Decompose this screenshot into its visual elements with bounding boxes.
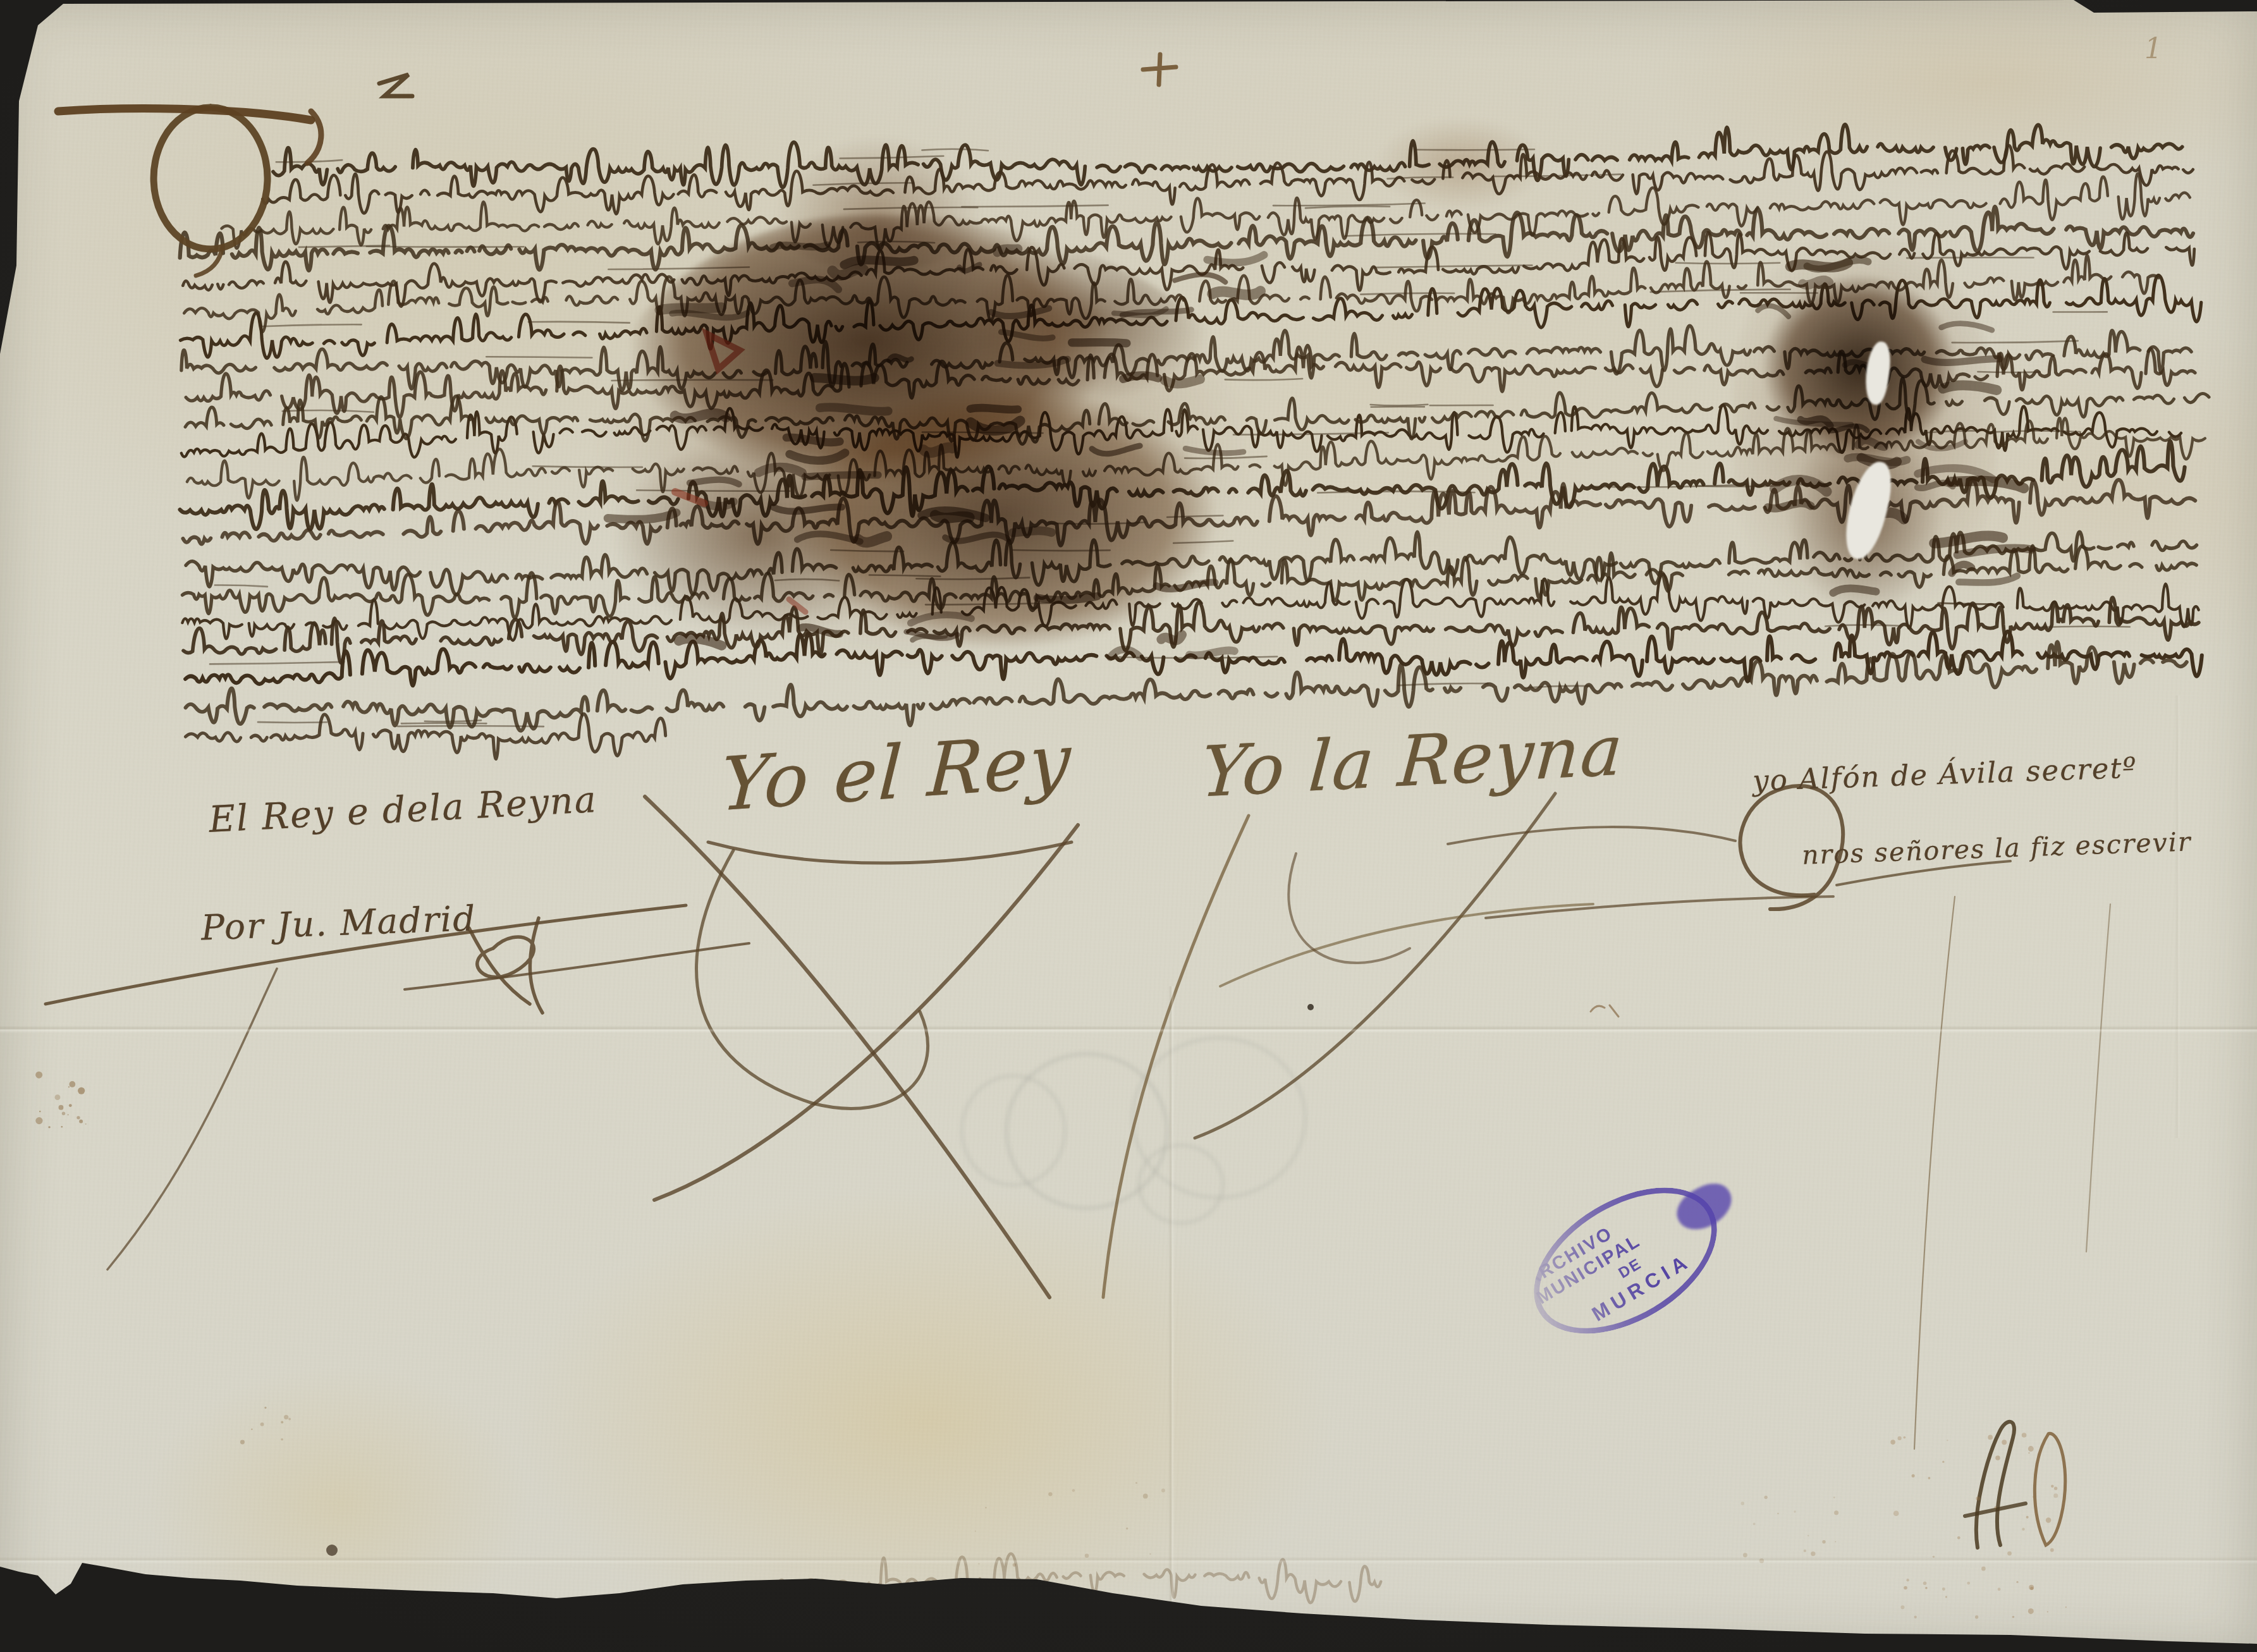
cross-stroke (1371, 407, 1424, 407)
ink-blot-stroke (1123, 376, 1158, 379)
ink-blot-stroke (1833, 589, 1876, 593)
cross-stroke (962, 205, 1108, 207)
ink-blot-stroke (1957, 548, 2031, 555)
ink-blot-stroke (1934, 535, 2003, 543)
ink-blot-stroke (1072, 342, 1127, 343)
cross-stroke (1345, 233, 1496, 236)
cross-stroke (608, 267, 749, 269)
cross-stroke (1740, 293, 1818, 294)
ink-blot-stroke (773, 507, 841, 511)
ink-blot-stroke (1942, 324, 1992, 330)
ink-blot-stroke (1161, 635, 1182, 640)
cross-stroke (262, 324, 361, 326)
cross-stroke (1676, 262, 1780, 264)
invocation-cross-icon (1143, 54, 1176, 85)
cross-stroke (612, 379, 773, 381)
cross-stroke (1185, 456, 1267, 458)
initial-letter (154, 107, 267, 249)
cross-stroke (486, 356, 592, 358)
cross-stroke (1952, 341, 2078, 343)
signature-tail (107, 969, 277, 1270)
ink-blot-stroke (786, 437, 840, 443)
ink-blot-stroke (858, 536, 887, 542)
ink-blot-stroke (1858, 440, 1885, 447)
ink-blot-stroke (690, 480, 739, 484)
ink-blot-stroke (672, 313, 747, 318)
cross-stroke (1416, 149, 1534, 150)
cross-stroke (1525, 686, 1589, 688)
cross-stroke (401, 723, 487, 724)
ink-blot-stroke (1013, 530, 1052, 532)
royal-flourish (645, 797, 1049, 1297)
document-paper: El Rey e dela Reyna Por Ju. Madrid Yo el… (0, 0, 2257, 1652)
ink-blot-stroke (1918, 441, 1966, 448)
ink-blot-stroke (935, 515, 969, 518)
cross-stroke (1374, 266, 1532, 268)
ink-blot-stroke (1037, 596, 1098, 600)
ink-blot-stroke (1802, 280, 1829, 285)
ink-blot-stroke (960, 264, 980, 271)
ink-blot-stroke (1189, 651, 1234, 656)
ink-blot-stroke (792, 279, 838, 290)
cross-stroke (926, 603, 1061, 604)
ink-blot-stroke (805, 475, 878, 477)
ink-blot-stroke (991, 309, 1049, 316)
cross-stroke (1978, 371, 2040, 372)
hairline-stroke (1914, 896, 1955, 1449)
ink-blot-stroke (1943, 385, 1997, 390)
ink-blot-stroke (790, 453, 845, 460)
cross-stroke (1173, 541, 1233, 543)
text-line (180, 275, 2201, 358)
royal-flourish (1103, 816, 1249, 1297)
cross-stroke (637, 489, 790, 492)
ink-blot-stroke (814, 377, 874, 381)
cross-stroke (533, 465, 642, 468)
rubric-flourish-bottom-right (1976, 1422, 2014, 1548)
ink-blot-stroke (608, 513, 676, 520)
ink-blot-stroke (833, 269, 864, 275)
cross-stroke (2053, 312, 2107, 312)
ink-blot-stroke (1959, 576, 2017, 583)
ink-blot-stroke (844, 260, 914, 265)
cross-stroke (775, 579, 839, 581)
rubric-flourish-bottom-right (2034, 1433, 2065, 1545)
ink-blot-stroke (970, 408, 1018, 410)
ink-blot-stroke (773, 245, 828, 248)
ink-blot-stroke (659, 307, 721, 310)
cross-stroke (1907, 257, 2033, 259)
ink-blot-stroke (1092, 446, 1140, 454)
scanned-document-page: El Rey e dela Reyna Por Ju. Madrid Yo el… (0, 0, 2257, 1652)
top-margin-mark (379, 75, 412, 96)
royal-flourish (1195, 793, 1555, 1138)
cross-stroke (1825, 625, 1900, 627)
ink-blot-stroke (998, 248, 1018, 252)
cross-stroke (1225, 379, 1302, 380)
ink-blot-stroke (675, 413, 726, 419)
cross-stroke (840, 156, 944, 159)
small-pen-mark (1591, 1005, 1618, 1017)
text-line (262, 144, 2193, 216)
text-line (185, 713, 666, 761)
ink-blot-stroke (820, 407, 888, 412)
ink-blot-stroke (1768, 503, 1811, 508)
cross-stroke (210, 662, 344, 664)
royal-flourish (1288, 854, 1410, 963)
ink-blot-stroke (1165, 379, 1200, 384)
rubric-flourish-bottom-right (1965, 1503, 2026, 1516)
cross-stroke (844, 207, 977, 209)
royal-flourish (1448, 827, 1735, 844)
cross-stroke (283, 410, 374, 412)
royal-flourish (708, 842, 1072, 863)
manuscript-body-lines (178, 122, 2211, 761)
royal-flourish (1220, 904, 1593, 986)
cross-stroke (258, 721, 327, 723)
ink-blot-stroke (759, 467, 802, 473)
cross-stroke (1371, 404, 1428, 405)
cross-stroke (529, 321, 630, 323)
red-pigment-fleck (707, 334, 740, 369)
cross-stroke (2034, 626, 2130, 627)
cross-stroke (1430, 405, 1493, 406)
hairline-stroke (2086, 904, 2110, 1252)
ink-blot-stroke (889, 356, 911, 360)
cross-stroke (1651, 290, 1790, 292)
cross-stroke (831, 549, 903, 551)
folio-number: 1 (2144, 33, 2162, 65)
ink-blot-stroke (1212, 291, 1260, 295)
cross-stroke (869, 575, 940, 577)
cross-stroke (922, 149, 988, 150)
cross-stroke (215, 585, 267, 587)
ink-blot-stroke (678, 639, 721, 646)
ink-blot-stroke (911, 615, 972, 623)
ink-blot-stroke (1001, 332, 1053, 338)
ink-blot-stroke (1175, 274, 1225, 282)
ink-blot-stroke (924, 448, 953, 453)
cross-stroke (1398, 683, 1488, 685)
ink-blot-stroke (1924, 359, 2000, 363)
ink-blot-stroke (1122, 310, 1191, 315)
cross-stroke (1361, 293, 1454, 294)
